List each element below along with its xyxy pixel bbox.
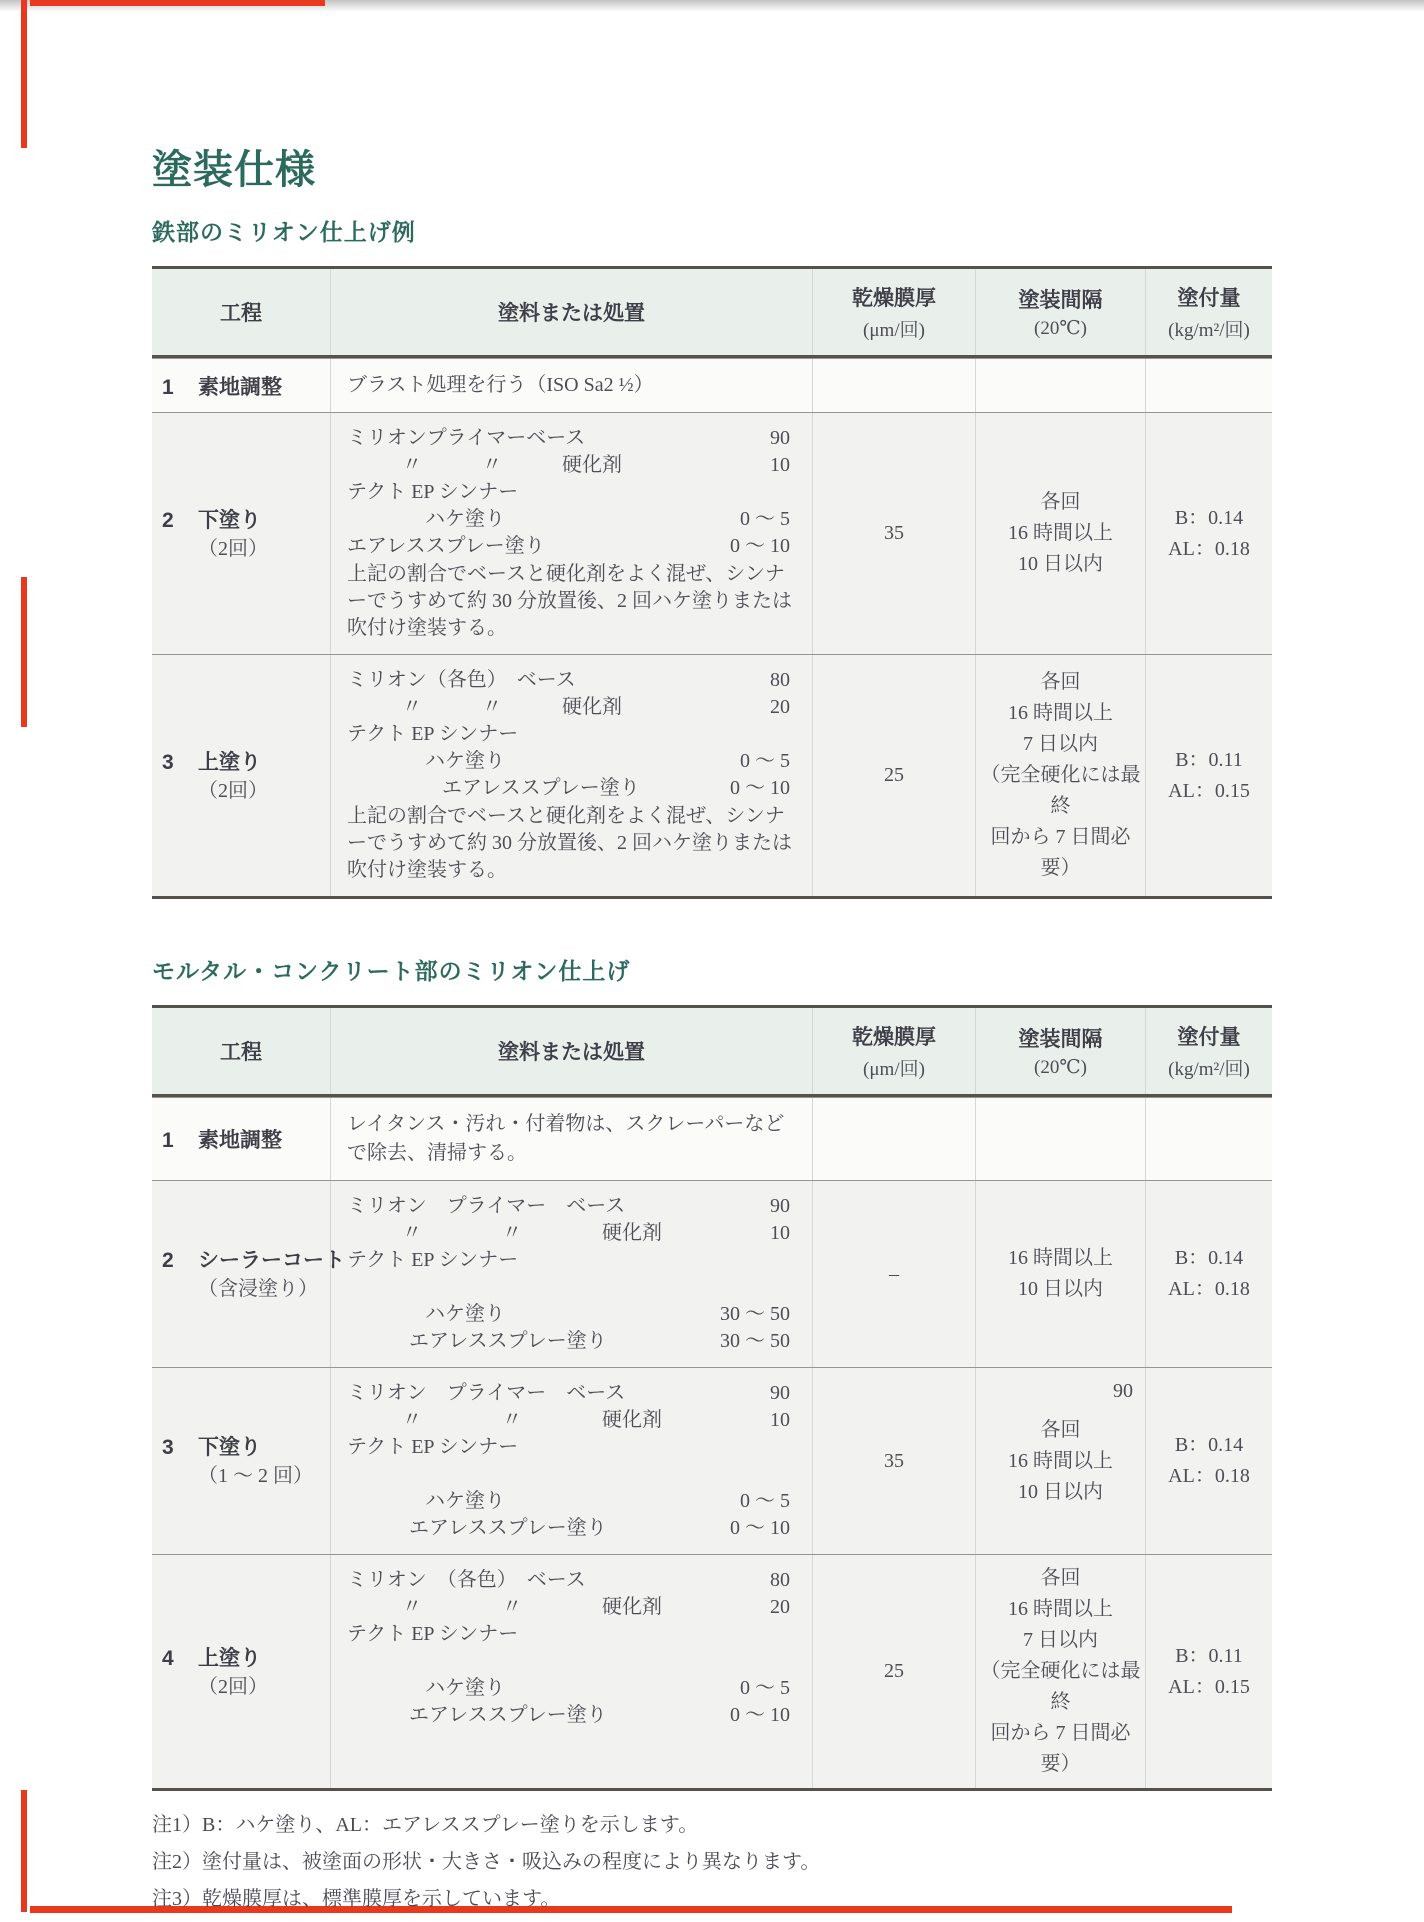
paint-line: エアレススプレー塗り0 ～ 10 — [347, 533, 800, 560]
paint-line: ミリオン プライマー ベース90 — [347, 1193, 800, 1220]
ratio-value: 0 ～ 5 — [740, 748, 800, 775]
amount-cell: B：0.14 AL：0.18 — [1145, 1181, 1272, 1367]
ratio-value: 10 — [770, 1407, 800, 1434]
page-content: 塗装仕様 鉄部のミリオン仕上げ例 工程 塗料または処置 乾燥膜厚 (μm/回) … — [152, 148, 1272, 1918]
paint-cell: ミリオンプライマーベース90 〃 〃 硬化剤10 テクト EP シンナー ハケ塗… — [330, 413, 812, 654]
step-count: （含浸塗り） — [198, 1274, 326, 1304]
step-count: （2回） — [198, 534, 326, 564]
header-interval-unit: (20℃) — [1034, 317, 1087, 340]
catalog-page: { "page": { "title": "塗装仕様", "accent_col… — [0, 0, 1424, 1922]
ratio-value: 20 — [770, 1594, 800, 1621]
header-amount-label: 塗付量 — [1178, 282, 1241, 312]
thickness-cell — [812, 359, 975, 412]
paint-line: ハケ塗り30 ～ 50 — [347, 1301, 800, 1328]
ratio-value: 30 ～ 50 — [720, 1328, 800, 1355]
paint-line-spacer — [347, 1648, 800, 1675]
amount-cell: B：0.11 AL：0.15 — [1145, 655, 1272, 896]
spec-table-mortar: 工程 塗料または処置 乾燥膜厚 (μm/回) 塗装間隔 (20℃) 塗付量 (k… — [152, 1005, 1272, 1791]
interval-cell: 各回 16 時間以上 7 日以内 （完全硬化には最終 回から 7 日間必要） — [975, 655, 1145, 896]
ratio-value — [790, 1434, 800, 1461]
paint-line: ハケ塗り0 ～ 5 — [347, 1488, 800, 1515]
process-cell: 4 上塗り （2回） — [152, 1555, 330, 1788]
paint-cell: ブラスト処理を行う（ISO Sa2 ½） — [330, 359, 812, 412]
red-edge-mark-left-lower — [21, 1790, 27, 1912]
ratio-value: 10 — [770, 452, 800, 479]
ratio-value: 0 ～ 10 — [730, 1515, 800, 1542]
paint-line: ミリオン（各色） ベース80 — [347, 667, 800, 694]
header-amount: 塗付量 (kg/m²/回) — [1145, 269, 1272, 355]
footnote-3: 注3）乾燥膜厚は、標準膜厚を示しています。 — [152, 1881, 1272, 1918]
page-title: 塗装仕様 — [152, 148, 1272, 192]
ratio-value: 30 ～ 50 — [720, 1301, 800, 1328]
paint-line-spacer — [347, 1274, 800, 1301]
header-thickness-unit: (μm/回) — [863, 315, 925, 342]
footnote-2: 注2）塗付量は、被塗面の形状・大きさ・吸込みの程度により異なります。 — [152, 1844, 1272, 1881]
ratio-value: 0 ～ 5 — [740, 1675, 800, 1702]
paint-line: ハケ塗り0 ～ 5 — [347, 748, 800, 775]
ratio-value: 20 — [770, 694, 800, 721]
step-name: 下塗り — [198, 1431, 261, 1461]
step-name: シーラーコート — [198, 1244, 345, 1274]
ratio-value: 10 — [770, 1220, 800, 1247]
header-interval-label: 塗装間隔 — [1019, 1023, 1103, 1053]
thickness-cell: 35 — [812, 413, 975, 654]
step-number: 3 — [162, 751, 198, 775]
table-header-row: 工程 塗料または処置 乾燥膜厚 (μm/回) 塗装間隔 (20℃) 塗付量 (k… — [152, 1008, 1272, 1097]
ratio-value — [790, 721, 800, 748]
step-name: 素地調整 — [198, 1124, 282, 1154]
paint-line: テクト EP シンナー — [347, 721, 800, 748]
thickness-cell: – — [812, 1181, 975, 1367]
header-interval-unit: (20℃) — [1034, 1056, 1087, 1079]
step-number: 3 — [162, 1436, 198, 1460]
header-interval-label: 塗装間隔 — [1019, 284, 1103, 314]
header-paint: 塗料または処置 — [330, 269, 812, 355]
table-row-topcoat: 3 上塗り （2回） ミリオン（各色） ベース80 〃 〃 硬化剤20 テクト … — [152, 654, 1272, 896]
header-amount-unit: (kg/m²/回) — [1168, 1054, 1250, 1081]
step-number: 2 — [162, 509, 198, 533]
ratio-value: 0 ～ 5 — [740, 506, 800, 533]
process-cell: 2 下塗り （2回） — [152, 413, 330, 654]
thickness-cell: 25 — [812, 655, 975, 896]
mixing-note: 上記の割合でベースと硬化剤をよく混ぜ、シンナーでうすめて約 30 分放置後、2 … — [347, 803, 800, 884]
paint-line: ハケ塗り0 ～ 5 — [347, 506, 800, 533]
paint-line: テクト EP シンナー — [347, 479, 800, 506]
table-header-row: 工程 塗料または処置 乾燥膜厚 (μm/回) 塗装間隔 (20℃) 塗付量 (k… — [152, 269, 1272, 358]
interval-cell: 90 各回 16 時間以上 10 日以内 — [975, 1368, 1145, 1554]
red-edge-mark-top — [30, 0, 325, 6]
paint-line: ミリオンプライマーベース90 — [347, 425, 800, 452]
header-thickness: 乾燥膜厚 (μm/回) — [812, 269, 975, 355]
table-row-undercoat: 3 下塗り （1 ～ 2 回） ミリオン プライマー ベース90 〃 〃 硬化剤… — [152, 1367, 1272, 1554]
table-row-undercoat: 2 下塗り （2回） ミリオンプライマーベース90 〃 〃 硬化剤10 テクト … — [152, 412, 1272, 654]
paint-line: ミリオン （各色） ベース80 — [347, 1567, 800, 1594]
stray-value: 90 — [1113, 1376, 1133, 1407]
paint-line: エアレススプレー塗り0 ～ 10 — [347, 1515, 800, 1542]
step-name: 素地調整 — [198, 371, 282, 401]
header-amount-unit: (kg/m²/回) — [1168, 315, 1250, 342]
amount-cell: B：0.14 AL：0.18 — [1145, 413, 1272, 654]
section-subtitle-iron: 鉄部のミリオン仕上げ例 — [152, 218, 1272, 246]
process-cell: 2 シーラーコート （含浸塗り） — [152, 1181, 330, 1367]
step-count: （1 ～ 2 回） — [198, 1461, 326, 1491]
ratio-value: 90 — [770, 1380, 800, 1407]
ratio-value: 90 — [770, 1193, 800, 1220]
paint-line: エアレススプレー塗り30 ～ 50 — [347, 1328, 800, 1355]
ratio-value: 90 — [770, 425, 800, 452]
amount-cell: B：0.14 AL：0.18 — [1145, 1368, 1272, 1554]
mixing-note: 上記の割合でベースと硬化剤をよく混ぜ、シンナーでうすめて約 30 分放置後、2 … — [347, 561, 800, 642]
paint-cell: ミリオン プライマー ベース90 〃 〃 硬化剤10 テクト EP シンナー ハ… — [330, 1368, 812, 1554]
step-number: 1 — [162, 376, 198, 400]
header-thickness-label: 乾燥膜厚 — [852, 1021, 936, 1051]
step-count: （2回） — [198, 1672, 326, 1702]
ratio-value: 80 — [770, 667, 800, 694]
ratio-value — [790, 479, 800, 506]
header-interval: 塗装間隔 (20℃) — [975, 1008, 1145, 1094]
section-subtitle-mortar: モルタル・コンクリート部のミリオン仕上げ — [152, 957, 1272, 985]
table-row-topcoat: 4 上塗り （2回） ミリオン （各色） ベース80 〃 〃 硬化剤20 テクト… — [152, 1554, 1272, 1788]
ratio-value: 0 ～ 10 — [730, 533, 800, 560]
paint-line: 〃 〃 硬化剤20 — [347, 1594, 800, 1621]
interval-cell — [975, 359, 1145, 412]
header-amount-label: 塗付量 — [1178, 1021, 1241, 1051]
header-interval: 塗装間隔 (20℃) — [975, 269, 1145, 355]
paint-line: 〃 〃 硬化剤10 — [347, 1407, 800, 1434]
paint-line: ハケ塗り0 ～ 5 — [347, 1675, 800, 1702]
step-name: 上塗り — [198, 1642, 261, 1672]
red-edge-mark-left-middle — [21, 577, 27, 727]
ratio-value: 0 ～ 10 — [730, 1702, 800, 1729]
header-amount: 塗付量 (kg/m²/回) — [1145, 1008, 1272, 1094]
table-row-surface-prep: 1 素地調整 ブラスト処理を行う（ISO Sa2 ½） — [152, 358, 1272, 412]
step-number: 4 — [162, 1647, 198, 1671]
interval-cell — [975, 1098, 1145, 1180]
table-row-surface-prep: 1 素地調整 レイタンス・汚れ・付着物は、スクレーパーなどで除去、清掃する。 — [152, 1097, 1272, 1180]
paint-line: 〃 〃 硬化剤20 — [347, 694, 800, 721]
paint-line: ミリオン プライマー ベース90 — [347, 1380, 800, 1407]
step-name: 下塗り — [198, 504, 261, 534]
ratio-value: 80 — [770, 1567, 800, 1594]
process-cell: 1 素地調整 — [152, 1098, 330, 1180]
footnotes: 注1）B：ハケ塗り、AL：エアレススプレー塗りを示します。 注2）塗付量は、被塗… — [152, 1807, 1272, 1918]
ratio-value — [790, 1621, 800, 1648]
header-process: 工程 — [152, 1008, 330, 1094]
paint-line-spacer — [347, 1461, 800, 1488]
header-thickness-unit: (μm/回) — [863, 1054, 925, 1081]
amount-cell — [1145, 1098, 1272, 1180]
step-number: 2 — [162, 1249, 198, 1273]
process-cell: 3 上塗り （2回） — [152, 655, 330, 896]
ratio-value — [790, 1247, 800, 1274]
thickness-cell: 25 — [812, 1555, 975, 1788]
red-edge-mark-left-upper — [21, 0, 27, 148]
step-name: 上塗り — [198, 746, 261, 776]
paint-cell: ミリオン （各色） ベース80 〃 〃 硬化剤20 テクト EP シンナー ハケ… — [330, 1555, 812, 1788]
paint-cell: ミリオン（各色） ベース80 〃 〃 硬化剤20 テクト EP シンナー ハケ塗… — [330, 655, 812, 896]
paint-line: テクト EP シンナー — [347, 1434, 800, 1461]
footnote-1: 注1）B：ハケ塗り、AL：エアレススプレー塗りを示します。 — [152, 1807, 1272, 1844]
paint-line: 〃 〃 硬化剤10 — [347, 1220, 800, 1247]
header-thickness-label: 乾燥膜厚 — [852, 282, 936, 312]
amount-cell: B：0.11 AL：0.15 — [1145, 1555, 1272, 1788]
step-count: （2回） — [198, 776, 326, 806]
process-cell: 3 下塗り （1 ～ 2 回） — [152, 1368, 330, 1554]
interval-cell: 16 時間以上 10 日以内 — [975, 1181, 1145, 1367]
ratio-value: 0 ～ 10 — [730, 775, 800, 802]
step-number: 1 — [162, 1129, 198, 1153]
paint-line: エアレススプレー塗り0 ～ 10 — [347, 1702, 800, 1729]
ratio-value: 0 ～ 5 — [740, 1488, 800, 1515]
paint-line: テクト EP シンナー — [347, 1621, 800, 1648]
interval-cell: 各回 16 時間以上 7 日以内 （完全硬化には最終 回から 7 日間必要） — [975, 1555, 1145, 1788]
header-thickness: 乾燥膜厚 (μm/回) — [812, 1008, 975, 1094]
thickness-cell: 35 — [812, 1368, 975, 1554]
paint-cell: ミリオン プライマー ベース90 〃 〃 硬化剤10 テクト EP シンナー ハ… — [330, 1181, 812, 1367]
spec-table-iron: 工程 塗料または処置 乾燥膜厚 (μm/回) 塗装間隔 (20℃) 塗付量 (k… — [152, 266, 1272, 899]
paint-line: エアレススプレー塗り0 ～ 10 — [347, 775, 800, 802]
paint-line: テクト EP シンナー — [347, 1247, 800, 1274]
table-row-sealer-coat: 2 シーラーコート （含浸塗り） ミリオン プライマー ベース90 〃 〃 硬化… — [152, 1180, 1272, 1367]
paint-cell: レイタンス・汚れ・付着物は、スクレーパーなどで除去、清掃する。 — [330, 1098, 812, 1180]
header-process: 工程 — [152, 269, 330, 355]
amount-cell — [1145, 359, 1272, 412]
thickness-cell — [812, 1098, 975, 1180]
process-cell: 1 素地調整 — [152, 359, 330, 412]
header-paint: 塗料または処置 — [330, 1008, 812, 1094]
interval-cell: 各回 16 時間以上 10 日以内 — [975, 413, 1145, 654]
paint-line: 〃 〃 硬化剤10 — [347, 452, 800, 479]
